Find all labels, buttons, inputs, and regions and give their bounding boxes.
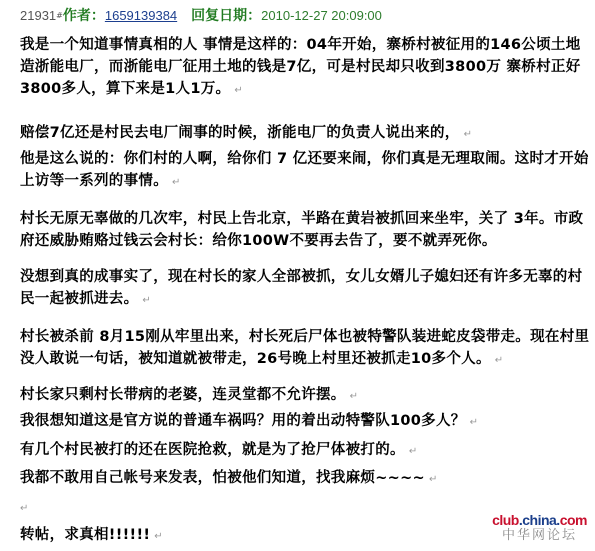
reply-date-label: 回复日期： [191,8,261,24]
return-mark: ↵ [154,531,163,542]
paragraph-4: 村长无原无辜做的几次牢，村民上告北京，半路在黄岩被抓回来坐牢，关了 3年。市政府… [20,208,590,252]
paragraph-9: 有几个村民被打的还在医院抢救，就是为了抢尸体被打的。↵ [20,439,590,463]
post-id: 21931 [20,8,56,23]
return-mark: ↵ [20,503,29,514]
return-mark: ↵ [409,446,418,457]
reply-date: 2010-12-27 20:09:00 [261,8,382,23]
paragraph-8: 我很想知道这是官方说的普通车祸吗？用的着出动特警队100多人？↵ [20,410,590,434]
author-link[interactable]: 1659139384 [105,8,177,23]
paragraph-1: 我是一个知道事情真相的人 事情是这样的：04年开始，寨桥村被征用的146公顷土地… [20,34,590,102]
paragraph-10: 我都不敢用自己帐号来发表，怕被他们知道，找我麻烦~~~~↵ [20,467,590,491]
paragraph-7: 村长家只剩村长带病的老婆，连灵堂都不允许摆。↵ [20,384,590,408]
post-header: 21931#作者：1659139384回复日期：2010-12-27 20:09… [20,6,382,26]
return-mark: ↵ [234,85,243,96]
watermark-subtitle: 中华网论坛 [492,528,587,544]
paragraph-3: 他是这么说的：你们村的人啊，给你们 7 亿还要来闹，你们真是无理取闹。这时才开始… [20,148,590,194]
return-mark: ↵ [464,129,473,140]
return-mark: ↵ [429,474,438,485]
paragraph-6: 村长被杀前 8月15刚从牢里出来，村长死后尸体也被特警队装进蛇皮袋带走。现在村里… [20,326,590,372]
club-china-watermark: club.china.com 中华网论坛 [492,512,587,544]
paragraph-5: 没想到真的成事实了，现在村长的家人全部被抓，女儿女婿儿子媳妇还有许多无辜的村民一… [20,266,590,312]
return-mark: ↵ [350,391,359,402]
watermark-logo: club.china.com [492,512,587,528]
author-label: 作者： [63,8,105,24]
return-mark: ↵ [495,355,504,366]
paragraph-2: 赔偿7亿还是村民去电厂闹事的时候，浙能电厂的负责人说出来的，↵ [20,122,590,146]
return-mark: ↵ [142,295,151,306]
post-id-mark: # [56,11,63,20]
return-mark: ↵ [172,177,181,188]
return-mark: ↵ [470,417,479,428]
